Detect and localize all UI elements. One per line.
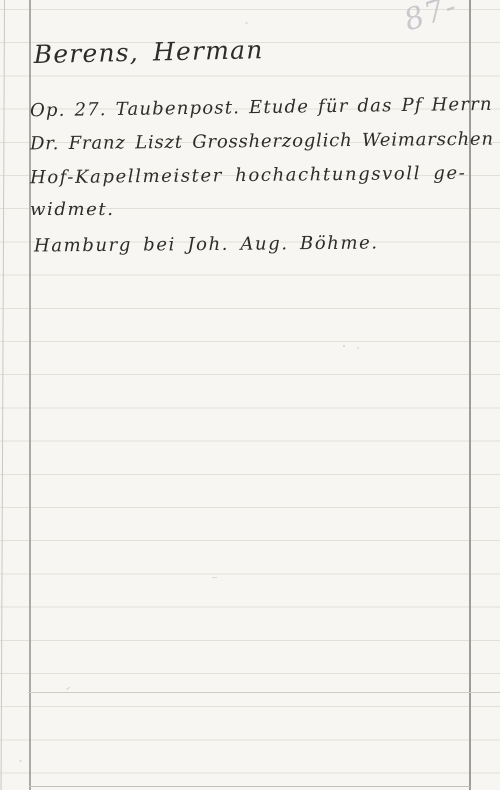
right-margin-line: [469, 0, 471, 790]
paper-speck: [245, 22, 248, 24]
manuscript-line: widmet.: [30, 199, 115, 220]
bottom-edge-line: [29, 786, 470, 787]
paper-speck: [357, 347, 359, 349]
entry-heading: Berens, Herman: [33, 35, 263, 69]
manuscript-card: 87- Berens, Herman Op. 27. Taubenpost. E…: [0, 0, 500, 790]
paper-speck: [212, 577, 217, 578]
manuscript-line: Hamburg bei Joh. Aug. Böhme.: [34, 232, 379, 256]
paper-speck: [19, 760, 22, 762]
paper-speck: [343, 345, 345, 347]
footer-rule-line: [28, 692, 500, 693]
